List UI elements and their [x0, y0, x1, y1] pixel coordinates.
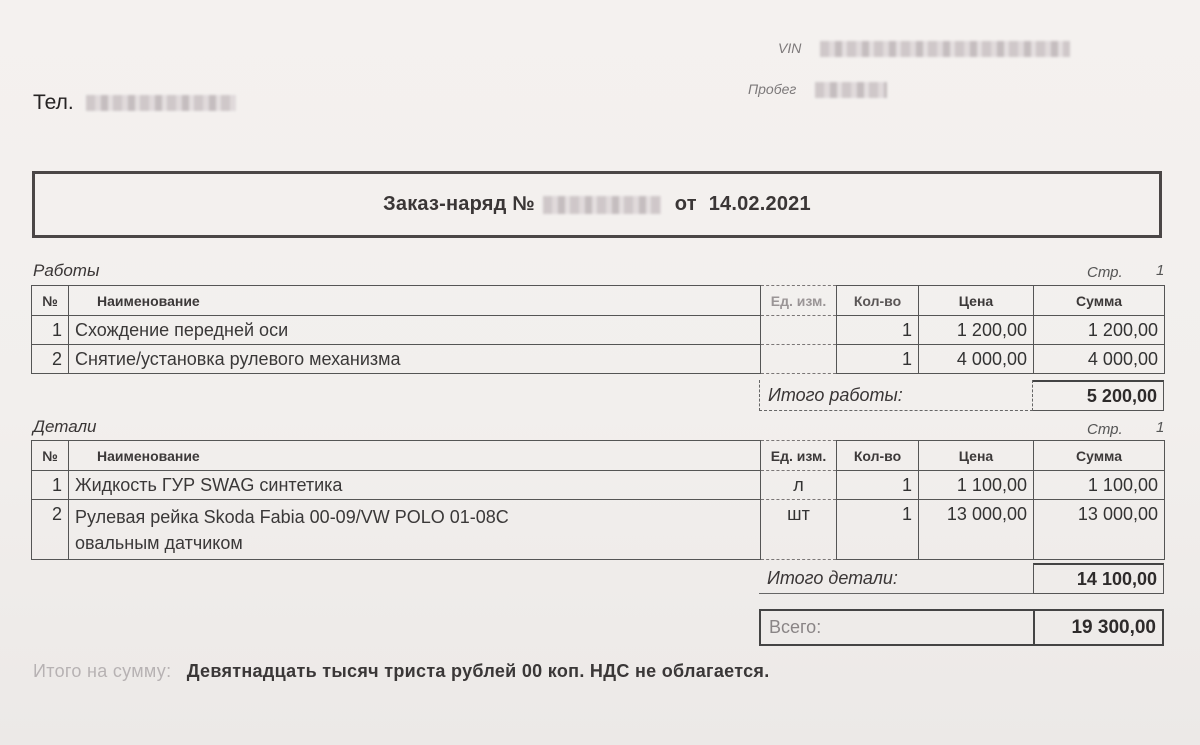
- col-number: №: [32, 286, 69, 316]
- works-page-number: 1: [1156, 262, 1164, 279]
- row-sum: 1 100,00: [1034, 471, 1165, 500]
- row-number: 2: [32, 500, 69, 560]
- table-row: 1 Жидкость ГУР SWAG синтетика л 1 1 100,…: [32, 471, 1165, 500]
- table-row: 2 Снятие/установка рулевого механизма 1 …: [32, 345, 1165, 374]
- col-name: Наименование: [69, 441, 761, 471]
- row-price: 1 200,00: [919, 316, 1034, 345]
- parts-total-value: 14 100,00: [1033, 563, 1164, 594]
- vin-label: VIN: [778, 40, 801, 56]
- table-row: 1 Схождение передней оси 1 1 200,00 1 20…: [32, 316, 1165, 345]
- col-price: Цена: [919, 441, 1034, 471]
- row-number: 2: [32, 345, 69, 374]
- row-name: Снятие/установка рулевого механизма: [69, 345, 761, 374]
- amount-prefix: Итого на сумму:: [33, 661, 171, 681]
- phone-line: Тел.: [33, 91, 236, 115]
- row-unit: [761, 316, 837, 345]
- vin-value-redacted: [820, 41, 1070, 57]
- col-unit: Ед. изм.: [761, 441, 837, 471]
- parts-table-header: № Наименование Ед. изм. Кол-во Цена Сумм…: [32, 441, 1165, 471]
- title-prefix: Заказ-наряд №: [383, 193, 535, 216]
- works-total: Итого работы: 5 200,00: [759, 380, 1164, 411]
- works-total-label: Итого работы:: [759, 380, 1033, 411]
- col-qty: Кол-во: [837, 286, 919, 316]
- row-sum: 1 200,00: [1034, 316, 1165, 345]
- order-date: 14.02.2021: [709, 193, 811, 216]
- row-qty: 1: [837, 500, 919, 560]
- parts-section-label: Детали: [33, 417, 97, 437]
- mileage-value-redacted: [815, 82, 887, 98]
- grand-total-label: Всего:: [759, 609, 1033, 646]
- mileage-line: Пробег: [748, 81, 887, 99]
- row-name: Жидкость ГУР SWAG синтетика: [69, 471, 761, 500]
- works-page-label: Стр.: [1087, 264, 1123, 281]
- row-number: 1: [32, 471, 69, 500]
- row-sum: 4 000,00: [1034, 345, 1165, 374]
- work-order-title: Заказ-наряд № от 14.02.2021: [32, 171, 1162, 238]
- row-qty: 1: [837, 471, 919, 500]
- parts-page-label: Стр.: [1087, 421, 1123, 438]
- amount-in-words: Итого на сумму: Девятнадцать тысяч трист…: [33, 661, 770, 682]
- col-name: Наименование: [69, 286, 761, 316]
- row-unit: [761, 345, 837, 374]
- works-section-label: Работы: [33, 261, 99, 281]
- col-sum: Сумма: [1034, 441, 1165, 471]
- row-qty: 1: [837, 316, 919, 345]
- grand-total-value: 19 300,00: [1033, 609, 1164, 646]
- mileage-label: Пробег: [748, 81, 796, 97]
- phone-label: Тел.: [33, 91, 74, 114]
- works-total-value: 5 200,00: [1033, 380, 1164, 411]
- amount-words-text: Девятнадцать тысяч триста рублей 00 коп.…: [187, 661, 770, 681]
- title-date-prefix: от: [675, 193, 697, 216]
- vin-line: VIN: [778, 40, 1070, 58]
- col-sum: Сумма: [1034, 286, 1165, 316]
- row-price: 1 100,00: [919, 471, 1034, 500]
- order-number-redacted: [543, 196, 661, 214]
- col-unit: Ед. изм.: [761, 286, 837, 316]
- col-qty: Кол-во: [837, 441, 919, 471]
- row-price: 13 000,00: [919, 500, 1034, 560]
- row-name: Схождение передней оси: [69, 316, 761, 345]
- row-number: 1: [32, 316, 69, 345]
- row-qty: 1: [837, 345, 919, 374]
- row-sum: 13 000,00: [1034, 500, 1165, 560]
- row-unit: шт: [761, 500, 837, 560]
- col-number: №: [32, 441, 69, 471]
- col-price: Цена: [919, 286, 1034, 316]
- grand-total: Всего: 19 300,00: [759, 609, 1164, 646]
- parts-total: Итого детали: 14 100,00: [759, 563, 1164, 594]
- parts-page-number: 1: [1156, 419, 1164, 436]
- parts-table: № Наименование Ед. изм. Кол-во Цена Сумм…: [31, 440, 1165, 560]
- parts-total-label: Итого детали:: [759, 563, 1033, 594]
- row-price: 4 000,00: [919, 345, 1034, 374]
- works-table: № Наименование Ед. изм. Кол-во Цена Сумм…: [31, 285, 1165, 374]
- row-name: Рулевая рейка Skoda Fabia 00-09/VW POLO …: [69, 500, 761, 560]
- phone-value-redacted: [86, 95, 236, 111]
- works-table-header: № Наименование Ед. изм. Кол-во Цена Сумм…: [32, 286, 1165, 316]
- table-row: 2 Рулевая рейка Skoda Fabia 00-09/VW POL…: [32, 500, 1165, 560]
- row-unit: л: [761, 471, 837, 500]
